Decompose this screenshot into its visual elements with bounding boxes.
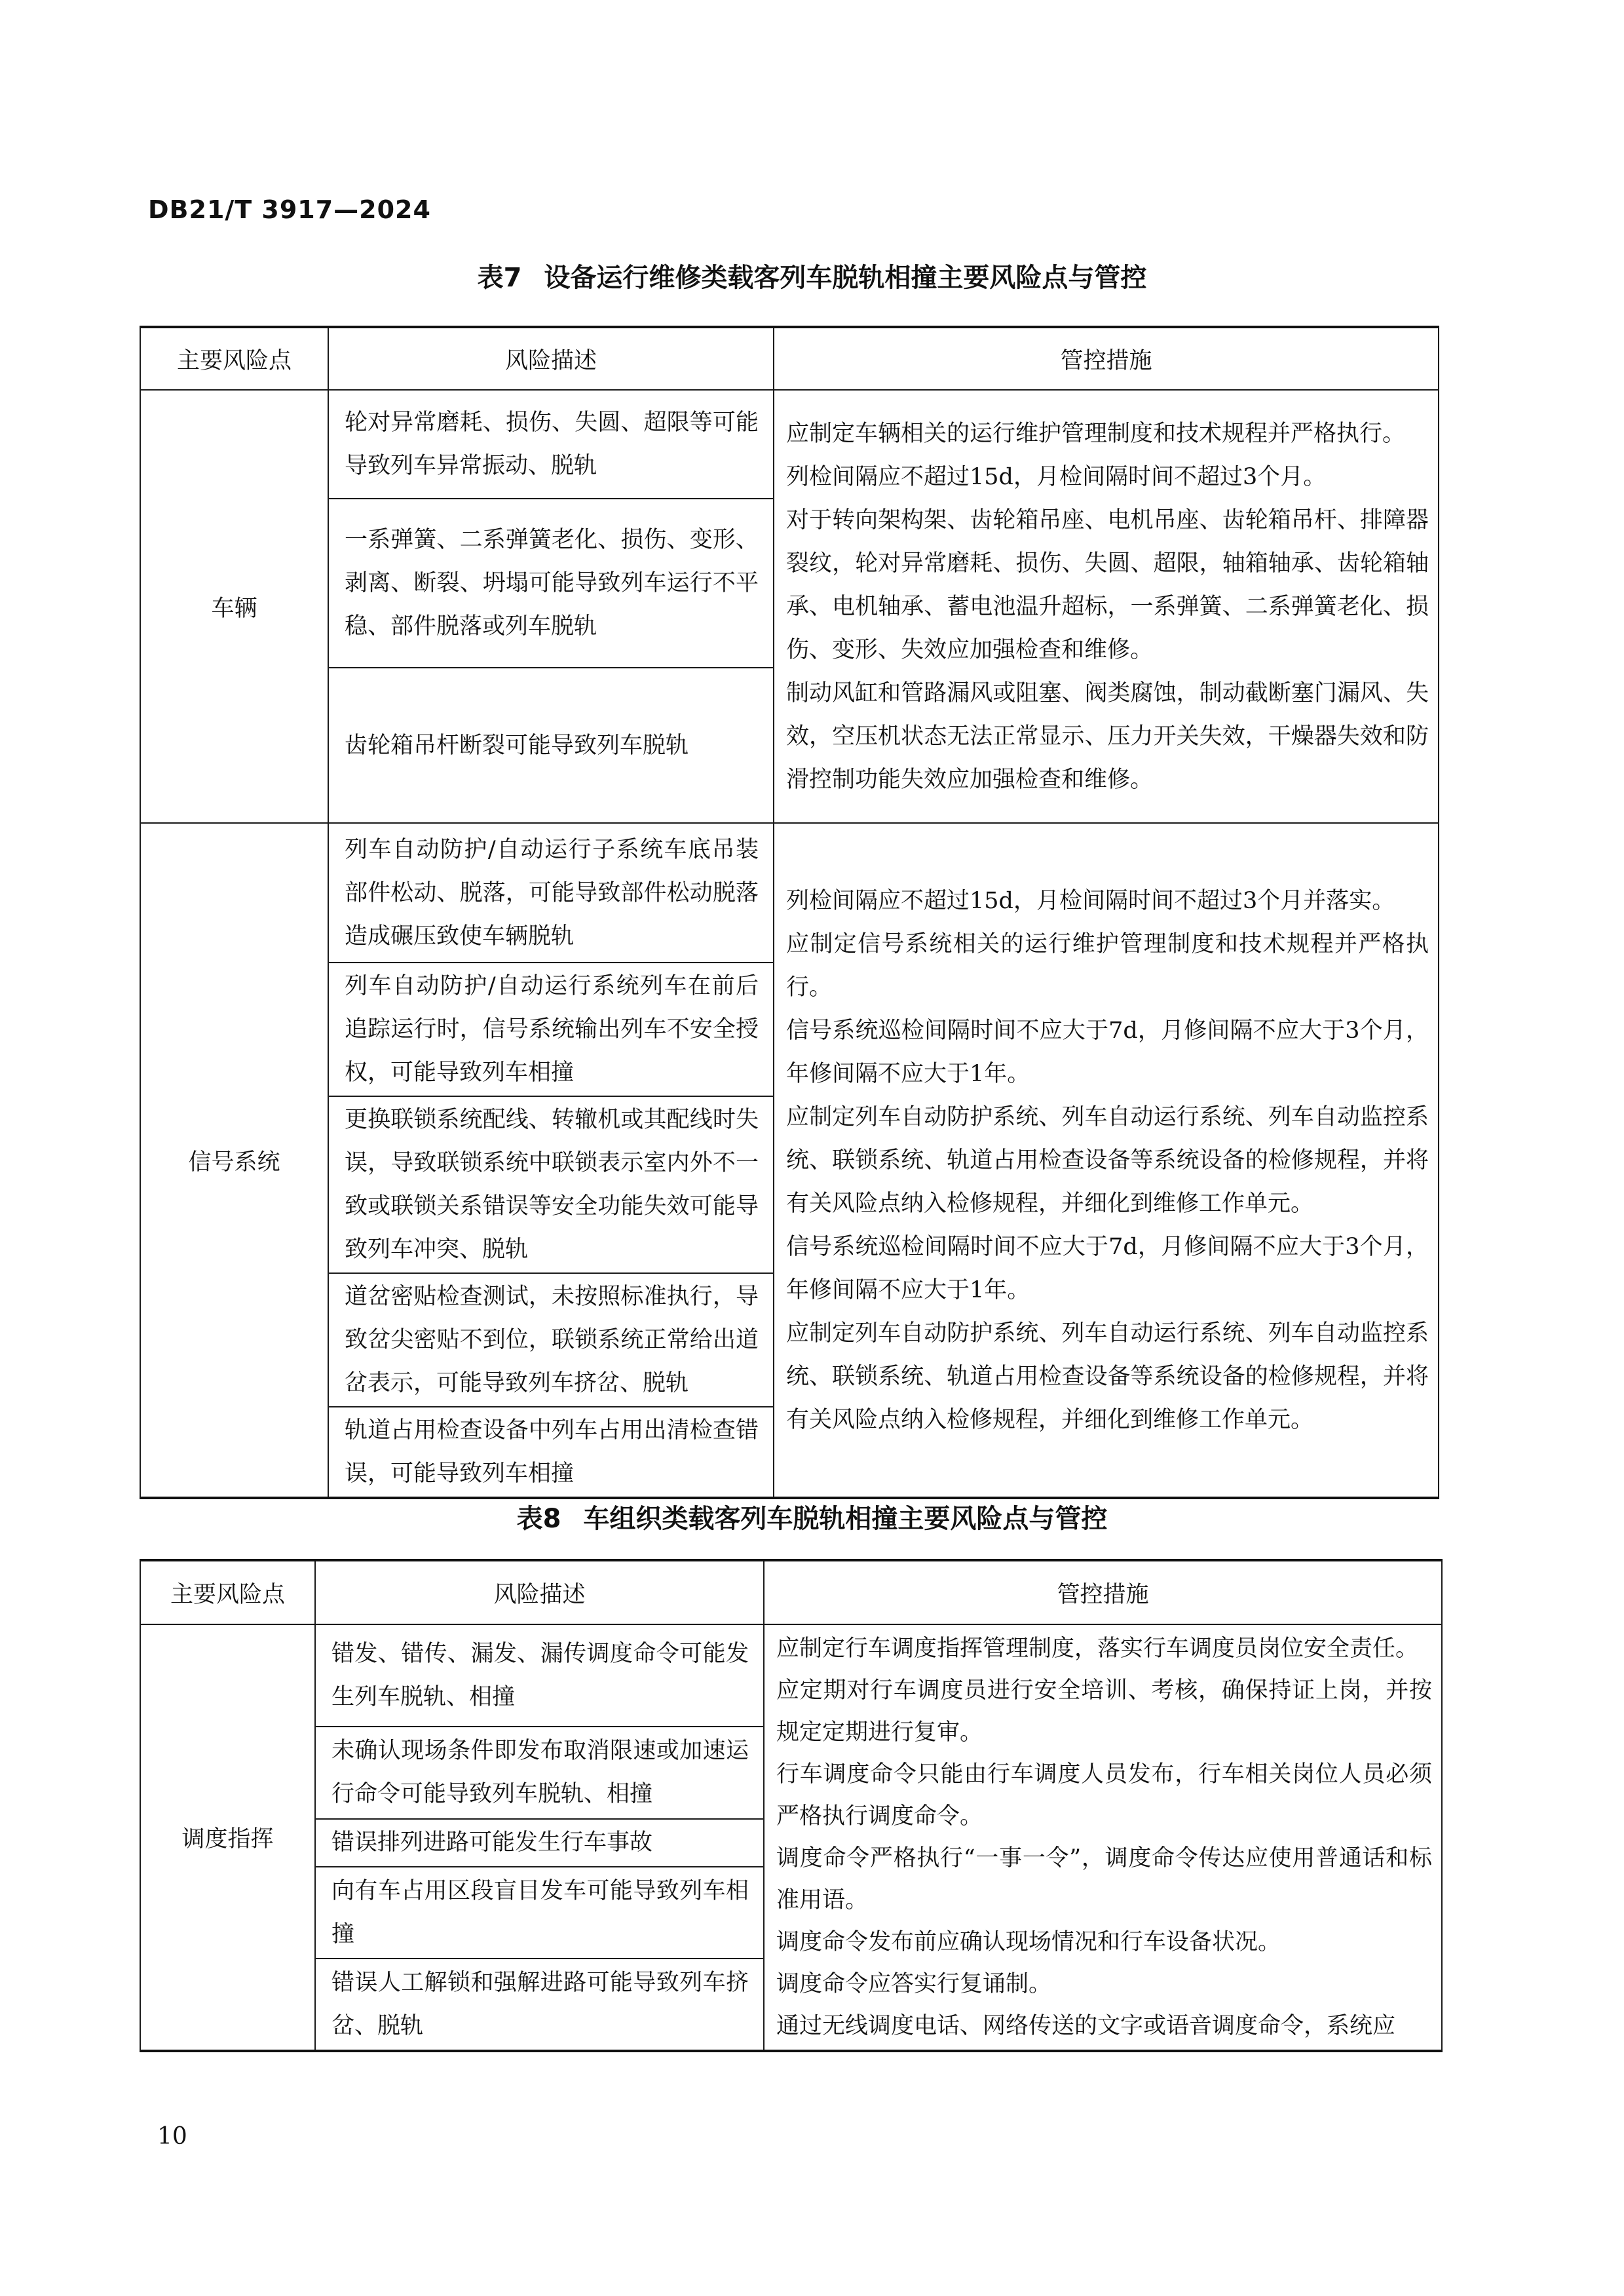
risk-point-signal-system: 信号系统 <box>140 823 328 1498</box>
measure-item: 制动风缸和管路漏风或阻塞、阀类腐蚀，制动截断塞门漏风、失效，空压机状态无法正常显… <box>786 672 1429 801</box>
risk-point-dispatch-command: 调度指挥 <box>140 1624 315 2051</box>
measure-item: 列检间隔应不超过15d，月检间隔时间不超过3个月并落实。 <box>786 879 1429 923</box>
column-header-risk-point: 主要风险点 <box>140 1560 315 1624</box>
measure-item: 应制定车辆相关的运行维护管理制度和技术规程并严格执行。 <box>786 412 1429 455</box>
control-measures-dispatch-command: 应制定行车调度指挥管理制度，落实行车调度员岗位安全责任。 应定期对行车调度员进行… <box>764 1624 1442 2051</box>
column-header-control-measures: 管控措施 <box>774 327 1439 390</box>
measure-item: 应制定列车自动防护系统、列车自动运行系统、列车自动监控系统、联锁系统、轨道占用检… <box>786 1312 1429 1442</box>
table7-caption-number: 表7 <box>478 263 522 293</box>
table7-caption-title: 设备运行维修类载客列车脱轨相撞主要风险点与管控 <box>544 263 1146 293</box>
table-row: 信号系统 列车自动防护/自动运行子系统车底吊装部件松动、脱落，可能导致部件松动脱… <box>140 823 1439 963</box>
risk-description: 列车自动防护/自动运行子系统车底吊装部件松动、脱落，可能导致部件松动脱落造成碾压… <box>328 823 774 963</box>
table7-caption: 表7设备运行维修类载客列车脱轨相撞主要风险点与管控 <box>0 257 1624 294</box>
document-code: DB21/T 3917—2024 <box>148 195 431 224</box>
measure-item: 应制定列车自动防护系统、列车自动运行系统、列车自动监控系统、联锁系统、轨道占用检… <box>786 1096 1429 1225</box>
measure-item: 列检间隔应不超过15d，月检间隔时间不超过3个月。 <box>786 455 1429 499</box>
measure-item: 调度命令发布前应确认现场情况和行车设备状况。 <box>776 1921 1432 1963</box>
column-header-risk-description: 风险描述 <box>315 1560 764 1624</box>
table-row: 调度指挥 错发、错传、漏发、漏传调度命令可能发生列车脱轨、相撞 应制定行车调度指… <box>140 1624 1442 1727</box>
page-number: 10 <box>157 2123 187 2150</box>
risk-description: 列车自动防护/自动运行系统列车在前后追踪运行时，信号系统输出列车不安全授权，可能… <box>328 963 774 1096</box>
measure-item: 行车调度命令只能由行车调度人员发布，行车相关岗位人员必须严格执行调度命令。 <box>776 1753 1432 1837</box>
measure-item: 对于转向架构架、齿轮箱吊座、电机吊座、齿轮箱吊杆、排障器裂纹，轮对异常磨耗、损伤… <box>786 499 1429 672</box>
risk-description: 错误人工解锁和强解进路可能导致列车挤岔、脱轨 <box>315 1959 764 2051</box>
risk-description: 道岔密贴检查测试，未按照标准执行，导致岔尖密贴不到位，联锁系统正常给出道岔表示，… <box>328 1273 774 1407</box>
table8-header-row: 主要风险点 风险描述 管控措施 <box>140 1560 1442 1624</box>
risk-point-vehicle: 车辆 <box>140 390 328 823</box>
risk-description: 更换联锁系统配线、转辙机或其配线时失误，导致联锁系统中联锁表示室内外不一致或联锁… <box>328 1096 774 1273</box>
risk-description: 轮对异常磨耗、损伤、失圆、超限等可能导致列车异常振动、脱轨 <box>328 390 774 499</box>
table8-caption-number: 表8 <box>517 1504 561 1534</box>
measure-item: 信号系统巡检间隔时间不应大于7d，月修间隔不应大于3个月，年修间隔不应大于1年。 <box>786 1225 1429 1312</box>
measure-item: 通过无线调度电话、网络传送的文字或语音调度命令，系统应 <box>776 2005 1432 2047</box>
risk-description: 齿轮箱吊杆断裂可能导致列车脱轨 <box>328 668 774 823</box>
measure-item: 应制定行车调度指挥管理制度，落实行车调度员岗位安全责任。 <box>776 1628 1432 1670</box>
measure-item: 信号系统巡检间隔时间不应大于7d，月修间隔不应大于3个月，年修间隔不应大于1年。 <box>786 1009 1429 1096</box>
table7-header-row: 主要风险点 风险描述 管控措施 <box>140 327 1439 390</box>
table-row: 车辆 轮对异常磨耗、损伤、失圆、超限等可能导致列车异常振动、脱轨 应制定车辆相关… <box>140 390 1439 499</box>
risk-description: 错误排列进路可能发生行车事故 <box>315 1819 764 1867</box>
measure-item: 调度命令应答实行复诵制。 <box>776 1963 1432 2005</box>
risk-description: 轨道占用检查设备中列车占用出清检查错误，可能导致列车相撞 <box>328 1407 774 1498</box>
table8-caption-title: 车组织类载客列车脱轨相撞主要风险点与管控 <box>583 1504 1107 1534</box>
column-header-risk-point: 主要风险点 <box>140 327 328 390</box>
measure-item: 应定期对行车调度员进行安全培训、考核，确保持证上岗，并按规定定期进行复审。 <box>776 1670 1432 1753</box>
control-measures-signal-system: 列检间隔应不超过15d，月检间隔时间不超过3个月并落实。 应制定信号系统相关的运… <box>774 823 1439 1498</box>
risk-description: 未确认现场条件即发布取消限速或加速运行命令可能导致列车脱轨、相撞 <box>315 1727 764 1818</box>
risk-description: 向有车占用区段盲目发车可能导致列车相撞 <box>315 1867 764 1959</box>
table8-caption: 表8车组织类载客列车脱轨相撞主要风险点与管控 <box>0 1498 1624 1535</box>
table8: 主要风险点 风险描述 管控措施 调度指挥 错发、错传、漏发、漏传调度命令可能发生… <box>140 1559 1443 2052</box>
table7: 主要风险点 风险描述 管控措施 车辆 轮对异常磨耗、损伤、失圆、超限等可能导致列… <box>140 326 1439 1499</box>
risk-description: 错发、错传、漏发、漏传调度命令可能发生列车脱轨、相撞 <box>315 1624 764 1727</box>
control-measures-vehicle: 应制定车辆相关的运行维护管理制度和技术规程并严格执行。 列检间隔应不超过15d，… <box>774 390 1439 823</box>
risk-description: 一系弹簧、二系弹簧老化、损伤、变形、剥离、断裂、坍塌可能导致列车运行不平稳、部件… <box>328 499 774 668</box>
column-header-risk-description: 风险描述 <box>328 327 774 390</box>
measure-item: 调度命令严格执行“一事一令”，调度命令传达应使用普通话和标准用语。 <box>776 1837 1432 1921</box>
column-header-control-measures: 管控措施 <box>764 1560 1442 1624</box>
measure-item: 应制定信号系统相关的运行维护管理制度和技术规程并严格执行。 <box>786 923 1429 1009</box>
